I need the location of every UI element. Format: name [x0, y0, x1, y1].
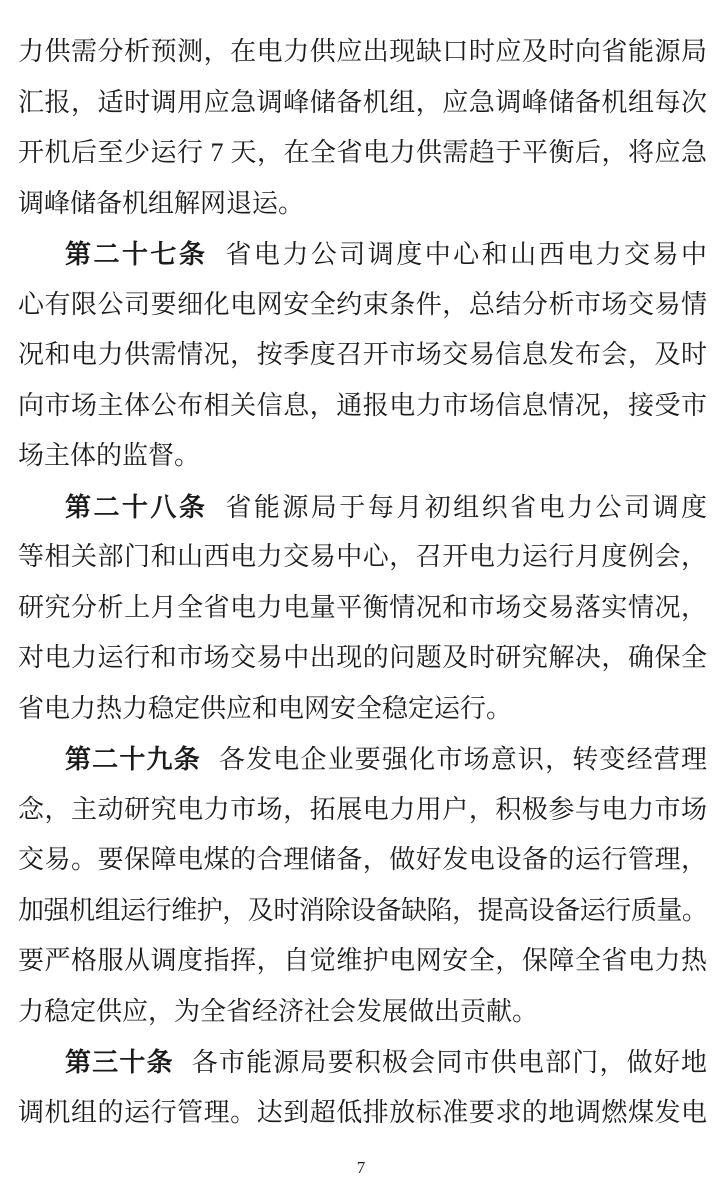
paragraph-article-27: 第二十七条省电力公司调度中心和山西电力交易中 心有限公司要细化电网安全约束条件，… — [18, 229, 707, 482]
article-number: 第三十条 — [65, 1047, 174, 1077]
text-line: 要严格服从调度指挥，自觉维护电网安全，保障全省电力热 — [18, 936, 707, 987]
text-line: 汇报，适时调用应急调峰储备机组，应急调峰储备机组每次 — [18, 78, 707, 129]
paragraph-article-28: 第二十八条省能源局于每月初组织省电力公司调度 等相关部门和山西电力交易中心，召开… — [18, 482, 707, 735]
line-text: 省能源局于每月初组织省电力公司调度 — [225, 493, 707, 522]
text-line: 第三十条各市能源局要积极会同市供电部门，做好地 — [18, 1037, 707, 1088]
page-number: 7 — [0, 1156, 722, 1180]
line-text: 各发电企业要强化市场意识，转变经营理 — [219, 745, 707, 774]
text-line: 力供需分析预测，在电力供应出现缺口时应及时向省能源局 — [18, 27, 707, 78]
text-line: 调机组的运行管理。达到超低排放标准要求的地调燃煤发电 — [18, 1088, 707, 1139]
line-text: 各市能源局要积极会同市供电部门，做好地 — [192, 1048, 707, 1077]
document-page: 力供需分析预测，在电力供应出现缺口时应及时向省能源局 汇报，适时调用应急调峰储备… — [0, 0, 722, 1200]
article-number: 第二十七条 — [65, 239, 207, 269]
text-line: 第二十七条省电力公司调度中心和山西电力交易中 — [18, 229, 707, 280]
text-line: 场主体的监督。 — [18, 431, 707, 482]
text-line: 开机后至少运行 7 天，在全省电力供需趋于平衡后，将应急 — [18, 128, 707, 179]
text-line: 第二十八条省能源局于每月初组织省电力公司调度 — [18, 482, 707, 533]
paragraph-continuation: 力供需分析预测，在电力供应出现缺口时应及时向省能源局 汇报，适时调用应急调峰储备… — [18, 27, 707, 229]
text-line: 加强机组运行维护，及时消除设备缺陷，提高设备运行质量。 — [18, 886, 707, 937]
article-number: 第二十八条 — [65, 492, 207, 522]
paragraph-article-30: 第三十条各市能源局要积极会同市供电部门，做好地 调机组的运行管理。达到超低排放标… — [18, 1037, 707, 1138]
text-line: 向市场主体公布相关信息，通报电力市场信息情况，接受市 — [18, 381, 707, 432]
paragraph-article-29: 第二十九条各发电企业要强化市场意识，转变经营理 念，主动研究电力市场，拓展电力用… — [18, 734, 707, 1037]
text-line: 况和电力供需情况，按季度召开市场交易信息发布会，及时 — [18, 330, 707, 381]
text-line: 调峰储备机组解网退运。 — [18, 179, 707, 230]
article-number: 第二十九条 — [65, 744, 201, 774]
text-line: 研究分析上月全省电力电量平衡情况和市场交易落实情况， — [18, 583, 707, 634]
text-line: 心有限公司要细化电网安全约束条件，总结分析市场交易情 — [18, 280, 707, 331]
document-body: 力供需分析预测，在电力供应出现缺口时应及时向省能源局 汇报，适时调用应急调峰储备… — [0, 0, 722, 1138]
text-line: 等相关部门和山西电力交易中心，召开电力运行月度例会， — [18, 532, 707, 583]
text-line: 省电力热力稳定供应和电网安全稳定运行。 — [18, 684, 707, 735]
text-line: 交易。要保障电煤的合理储备，做好发电设备的运行管理， — [18, 835, 707, 886]
text-line: 力稳定供应，为全省经济社会发展做出贡献。 — [18, 987, 707, 1038]
line-text: 省电力公司调度中心和山西电力交易中 — [225, 240, 707, 269]
text-line: 对电力运行和市场交易中出现的问题及时研究解决，确保全 — [18, 633, 707, 684]
text-line: 念，主动研究电力市场，拓展电力用户，积极参与电力市场 — [18, 785, 707, 836]
text-line: 第二十九条各发电企业要强化市场意识，转变经营理 — [18, 734, 707, 785]
